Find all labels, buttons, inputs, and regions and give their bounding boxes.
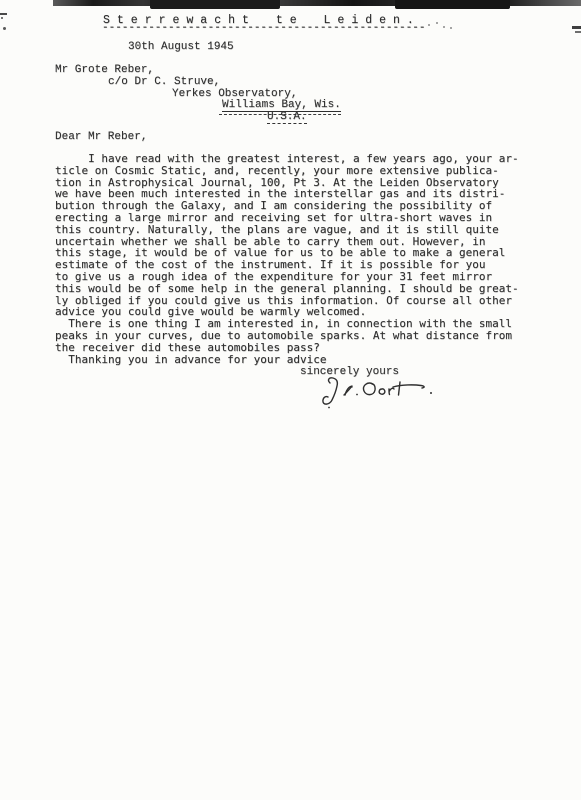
recipient-name: Mr Grote Reber, bbox=[55, 64, 154, 76]
letter-date: 30th August 1945 bbox=[128, 41, 234, 53]
letter-body: I have read with the greatest interest, … bbox=[55, 153, 519, 365]
scan-artifact-left-dot bbox=[3, 27, 6, 30]
signature-handwriting-icon bbox=[316, 374, 448, 412]
scan-artifact-blob bbox=[395, 0, 510, 9]
scan-artifact-right-mark bbox=[572, 26, 581, 29]
scan-artifact-dot bbox=[450, 27, 452, 29]
scan-artifact-dot bbox=[428, 24, 430, 26]
salutation: Dear Mr Reber, bbox=[55, 131, 147, 143]
signature bbox=[316, 374, 448, 417]
recipient-city: Williams Bay, Wis. bbox=[222, 99, 341, 111]
scan-artifact-dot bbox=[436, 22, 438, 24]
scan-artifact-dot bbox=[443, 26, 445, 28]
scanned-letter-page: Sterrewacht te Leiden. -----------------… bbox=[0, 0, 581, 800]
scan-artifact-left-mark bbox=[0, 13, 7, 15]
recipient-country: U.S.A. bbox=[267, 111, 307, 123]
scan-artifact-blob bbox=[150, 0, 280, 9]
letterhead-underline: ----------------------------------------… bbox=[102, 22, 425, 34]
scan-artifact-right-mark bbox=[575, 31, 581, 33]
recipient-care-of: c/o Dr C. Struve, bbox=[108, 76, 220, 88]
scan-artifact-left-mark bbox=[1, 17, 3, 19]
